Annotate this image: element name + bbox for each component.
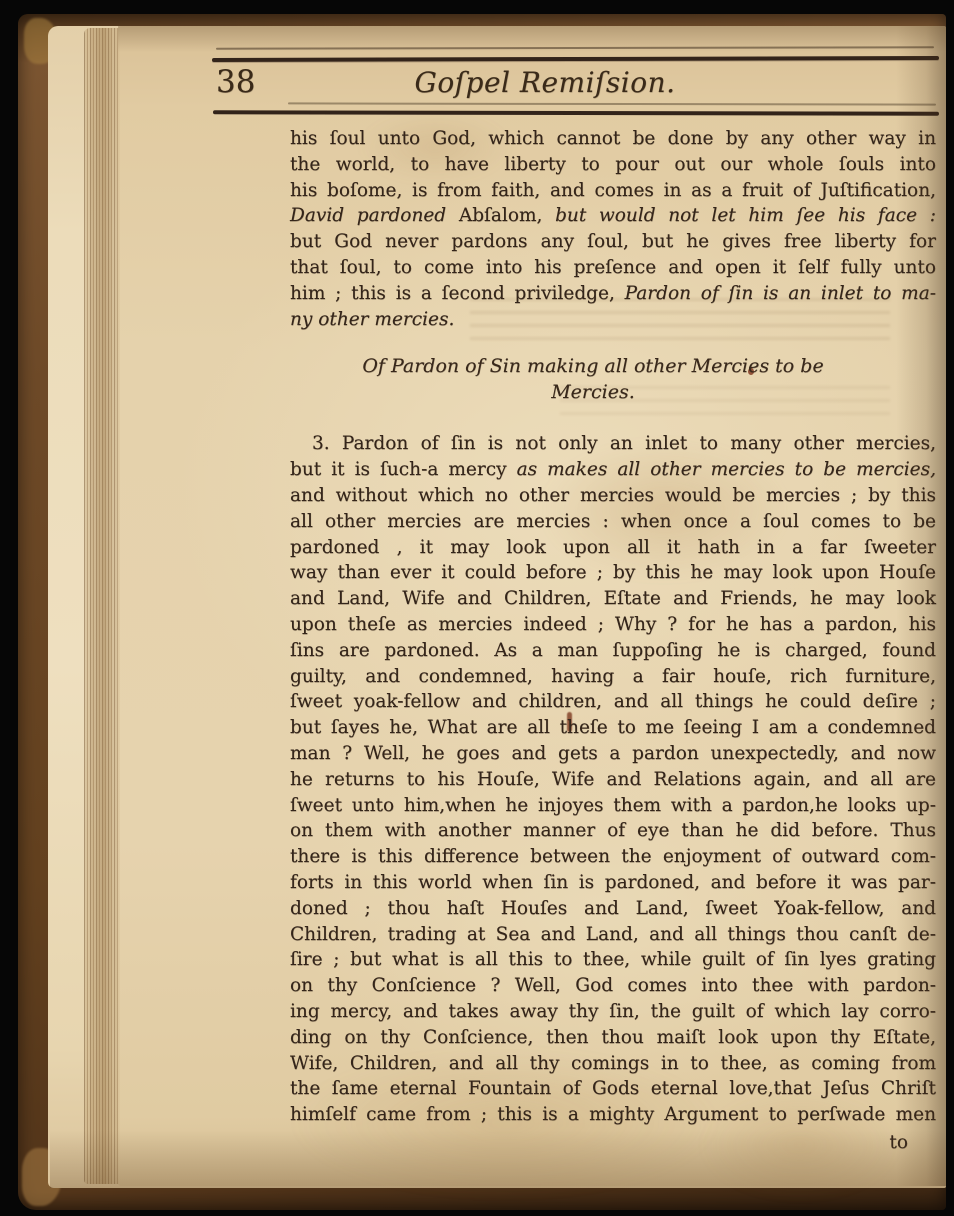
text-line: the ſame eternal Fountain of Gods eterna… [290, 1076, 936, 1102]
text-segment: guilty, and condemned, having a fair hou… [290, 666, 936, 687]
text-segment: himſelf came from ; this is a mighty Arg… [290, 1104, 936, 1125]
gutter-shadow-right [896, 26, 946, 1186]
main-paragraph: 3. Pardon of ſin is not only an inlet to… [290, 431, 936, 1128]
text-segment: 3. Pardon of ſin is not only an inlet to… [312, 433, 936, 454]
text-line: guilty, and condemned, having a fair hou… [290, 664, 936, 690]
text-column: his ſoul unto God, which cannot be done … [290, 126, 936, 1156]
text-segment: but it is ſuch-a mercy [290, 459, 517, 480]
text-line: but it is ſuch-a mercy as makes all othe… [290, 457, 936, 483]
opening-paragraph: his ſoul unto God, which cannot be done … [290, 126, 936, 332]
text-line: forts in this world when ſin is pardoned… [290, 870, 936, 896]
text-line: there is this difference between the enj… [290, 844, 936, 870]
text-line: himſelf came from ; this is a mighty Arg… [290, 1102, 936, 1128]
section-heading: Of Pardon of Sin making all other Mercie… [320, 354, 866, 406]
text-line: him ; this is a ſecond priviledge, Pardo… [290, 281, 936, 307]
text-segment: way than ever it could before ; by this … [290, 562, 936, 583]
text-segment: Wife, Children, and all thy comings in t… [290, 1053, 936, 1074]
page-number: 38 [216, 64, 255, 100]
text-line: ding on thy Conſcience, then thou maiſt … [290, 1025, 936, 1051]
italic-text-segment: Pardon of ſin is an inlet to ma- [625, 283, 936, 304]
text-line: his ſoul unto God, which cannot be done … [290, 126, 936, 152]
text-segment: Children, trading at Sea and Land, and a… [290, 924, 936, 945]
fore-edge-striations [84, 28, 120, 1184]
text-line: pardoned , it may look upon all it hath … [290, 535, 936, 561]
text-segment: upon theſe as mercies indeed ; Why ? for… [290, 614, 936, 635]
text-segment: him ; this is a ſecond priviledge, [290, 283, 625, 304]
text-segment: forts in this world when ſin is pardoned… [290, 872, 936, 893]
text-segment: on thy Conſcience ? Well, God comes into… [290, 975, 936, 996]
page-shadow-bottom [50, 1130, 946, 1188]
text-line: Children, trading at Sea and Land, and a… [290, 922, 936, 948]
text-segment: ſweet unto him,when he injoyes them with… [290, 795, 936, 816]
text-line: ſins are pardoned. As a man ſuppoſing he… [290, 638, 936, 664]
text-segment: but ſayes he, What are all theſe to me ſ… [290, 717, 936, 738]
text-segment: ing mercy, and takes away thy ſin, the g… [290, 1001, 936, 1022]
text-segment: ſire ; but what is all this to thee, whi… [290, 949, 936, 970]
text-line: but ſayes he, What are all theſe to me ſ… [290, 715, 936, 741]
text-segment: the world, to have liberty to pour out o… [290, 154, 936, 175]
text-segment: his ſoul unto God, which cannot be done … [290, 128, 936, 149]
text-segment: his boſome, is from faith, and comes in … [290, 180, 936, 201]
text-segment: there is this difference between the enj… [290, 846, 936, 867]
page-shadow-top [118, 26, 946, 52]
text-segment: all other mercies are mercies : when onc… [290, 511, 936, 532]
text-line: on thy Conſcience ? Well, God comes into… [290, 973, 936, 999]
italic-text-segment: David pardoned [290, 205, 459, 226]
text-segment: but God never pardons any ſoul, but he g… [290, 231, 936, 252]
text-line: on them with another manner of eye than … [290, 818, 936, 844]
text-segment: the ſame eternal Fountain of Gods eterna… [290, 1078, 936, 1099]
text-line: and Land, Wife and Children, Eſtate and … [290, 586, 936, 612]
italic-text-segment: as makes all other mercies to be mercies… [517, 459, 936, 480]
text-line: upon theſe as mercies indeed ; Why ? for… [290, 612, 936, 638]
text-segment: he returns to his Houſe, Wife and Relati… [290, 769, 936, 790]
text-line: his boſome, is from faith, and comes in … [290, 178, 936, 204]
text-line: but God never pardons any ſoul, but he g… [290, 229, 936, 255]
text-segment: and without which no other mercies would… [290, 485, 936, 506]
text-segment: ding on thy Conſcience, then thou maiſt … [290, 1027, 936, 1048]
text-line: doned ; thou haſt Houſes and Land, ſweet… [290, 896, 936, 922]
text-segment: man ? Well, he goes and gets a pardon un… [290, 743, 936, 764]
text-line: ſweet yoak-fellow and children, and all … [290, 689, 936, 715]
italic-text-segment: but would not let him ſee his face : [555, 205, 936, 226]
text-segment: ſweet yoak-fellow and children, and all … [290, 691, 936, 712]
text-line: he returns to his Houſe, Wife and Relati… [290, 767, 936, 793]
text-line: way than ever it could before ; by this … [290, 560, 936, 586]
text-line: ny other mercies. [290, 307, 936, 333]
text-segment: on them with another manner of eye than … [290, 820, 936, 841]
running-title: Goſpel Remiſsion. [375, 66, 715, 99]
text-line: that ſoul, to come into his preſence and… [290, 255, 936, 281]
text-line: David pardoned Abſalom, but would not le… [290, 203, 936, 229]
text-segment: Abſalom, [459, 205, 555, 226]
text-line: ſweet unto him,when he injoyes them with… [290, 793, 936, 819]
text-line: all other mercies are mercies : when onc… [290, 509, 936, 535]
text-line: and without which no other mercies would… [290, 483, 936, 509]
text-segment: and Land, Wife and Children, Eſtate and … [290, 588, 936, 609]
text-line: ing mercy, and takes away thy ſin, the g… [290, 999, 936, 1025]
text-segment: that ſoul, to come into his preſence and… [290, 257, 936, 278]
text-line: man ? Well, he goes and gets a pardon un… [290, 741, 936, 767]
text-line: the world, to have liberty to pour out o… [290, 152, 936, 178]
text-line: 3. Pardon of ſin is not only an inlet to… [290, 431, 936, 457]
text-segment: doned ; thou haſt Houſes and Land, ſweet… [290, 898, 936, 919]
text-line: Wife, Children, and all thy comings in t… [290, 1051, 936, 1077]
text-line: ſire ; but what is all this to thee, whi… [290, 947, 936, 973]
book-scan: 38 Goſpel Remiſsion. his ſoul unto God, … [0, 0, 954, 1216]
italic-text-segment: ny other mercies. [290, 309, 454, 330]
text-segment: ſins are pardoned. As a man ſuppoſing he… [290, 640, 936, 661]
text-segment: pardoned , it may look upon all it hath … [290, 537, 936, 558]
